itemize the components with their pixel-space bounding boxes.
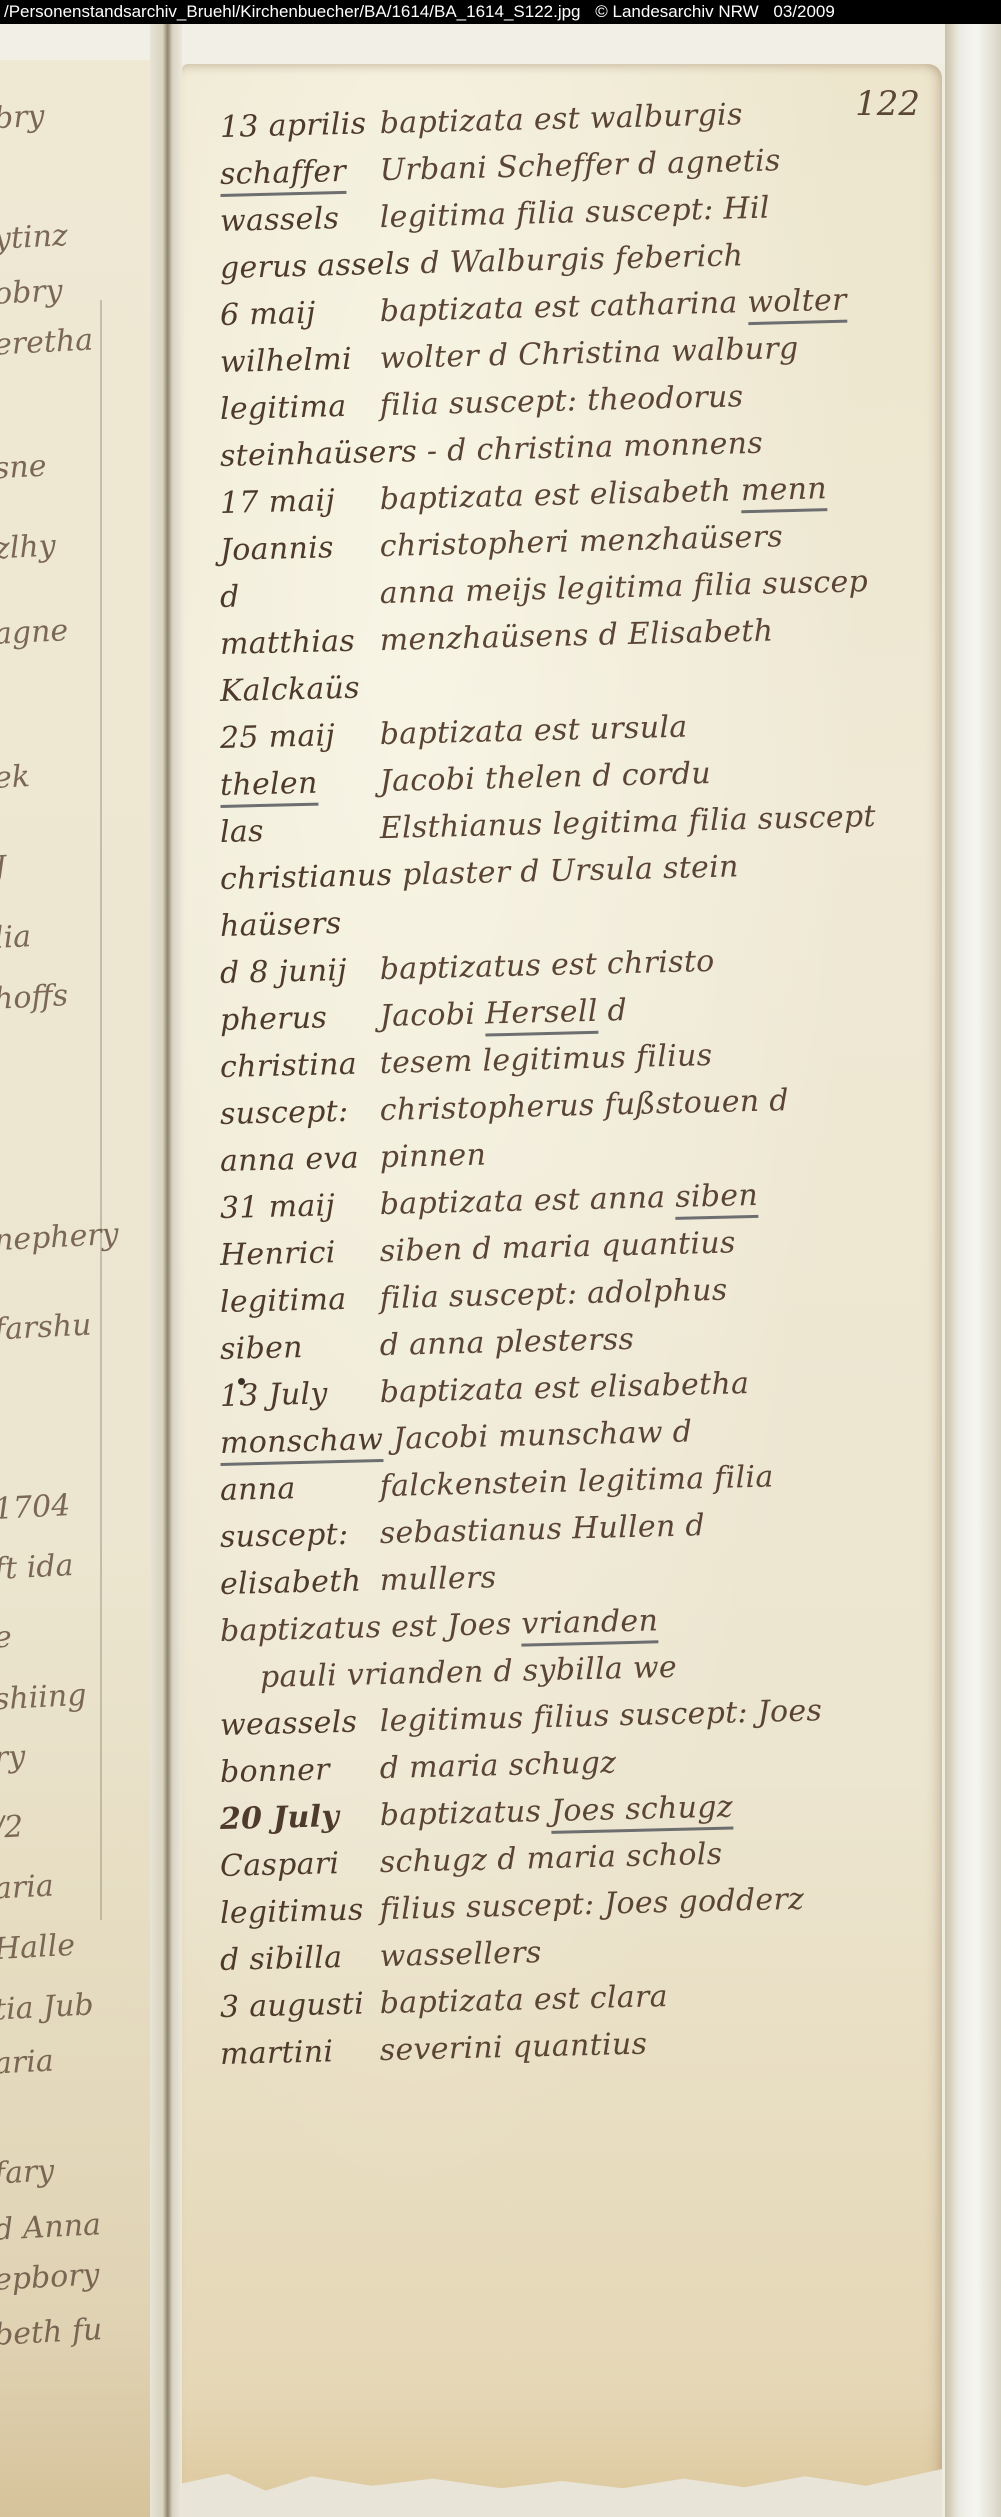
surname-underlined: menn (740, 471, 827, 513)
entry-text: baptizata est elisabetha (379, 1366, 749, 1410)
entry-text: legitimus filius suscept: Joes (379, 1693, 822, 1739)
margin-note: pherus (219, 993, 370, 1044)
facing-page-fragment: sne (0, 449, 47, 487)
ink-dot (238, 1378, 245, 1385)
margin-note: suscept: (219, 1087, 370, 1138)
entry-text: mullers (379, 1560, 496, 1598)
facing-page-fragment: eretha (0, 322, 94, 362)
facing-page-fragment: farshu (0, 1307, 92, 1347)
margin-note: wassels (219, 194, 370, 245)
facing-page-fragment: 1704 (0, 1488, 71, 1527)
entry-text: Jacobi munschaw d (393, 1414, 693, 1456)
surname-underlined: Joes schugz (551, 1789, 734, 1833)
entry-text: plaster d Ursula stein (402, 849, 739, 892)
margin-note: Henrici (219, 1228, 370, 1279)
entry-text: christopherus fußstouen d (379, 1083, 789, 1128)
entry-text: sebastianus Hullen d (379, 1508, 705, 1551)
margin-note: 20 July (219, 1792, 370, 1843)
margin-note: gerus assels (219, 240, 411, 292)
margin-note: monschaw (219, 1416, 383, 1467)
margin-note: d sibilla (219, 1933, 370, 1984)
facing-page-left: bryytinzobryerethasnezlhyagneekJliahoffs… (0, 60, 150, 2517)
facing-page-fragment: epbory (0, 2257, 100, 2297)
facing-page-fragment: aria (0, 1868, 55, 1906)
facing-page-fragment: ry (0, 1739, 26, 1776)
entry-text: baptizata est clara (379, 1979, 668, 2021)
facing-page-fragment: beth fu (0, 2312, 103, 2353)
entry-text: anna meijs legitima filia suscep (379, 564, 868, 611)
entry-text: baptizata est walburgis (379, 97, 743, 141)
entry-text: baptizatus (379, 1794, 541, 1833)
margin-note: 13 July (219, 1369, 370, 1420)
facing-page-fragment: shiing (0, 1678, 87, 1718)
margin-note: schaffer (219, 147, 370, 198)
margin-note: Joannis (219, 523, 370, 574)
margin-note: elisabeth (219, 1557, 370, 1608)
margin-note: steinhaüsers (219, 428, 417, 480)
facing-page-fragment: aria (0, 2043, 55, 2081)
archive-caption-bar: /Personenstandsarchiv_Bruehl/Kirchenbuec… (0, 0, 1001, 24)
entry-text: baptizatus est Joes (220, 1607, 512, 1649)
margin-note: haüsers (219, 899, 370, 950)
entry-text: baptizata est ursula (379, 710, 687, 753)
entry-text: baptizata est elisabeth (379, 474, 731, 518)
entry-text: schugz d maria schols (379, 1837, 722, 1880)
margin-note: christina (219, 1040, 370, 1091)
facing-page-fragment: /2 (0, 1809, 24, 1845)
entry-text: menzhaüsens d Elisabeth (379, 613, 773, 658)
facing-page-fragment: e (0, 1620, 13, 1656)
facing-page-fragment: obry (0, 273, 63, 312)
margin-note: thelen (219, 758, 370, 809)
margin-note: 25 maij (219, 711, 370, 762)
scan-date: 03/2009 (773, 2, 834, 21)
margin-note: martini (219, 2027, 370, 2078)
facing-page-fragment: d Anna (0, 2207, 102, 2248)
margin-note: las (219, 805, 370, 856)
page-crease (100, 300, 102, 1920)
margin-note: legitima (219, 1275, 370, 1326)
margin-note: legitimus (219, 1886, 370, 1937)
facing-page-fragment: J (0, 850, 7, 886)
entry-text: pinnen (379, 1138, 486, 1176)
entry-text: wassellers (379, 1935, 542, 1974)
facing-page-fragment: bry (0, 99, 45, 137)
margin-note: d 8 junij (219, 946, 370, 997)
facing-page-fragment: ytinz (0, 218, 69, 257)
mount-right (945, 24, 1001, 2517)
entry-text: wolter d Christina walburg (379, 331, 799, 376)
entry-text: legitima filia suscept: Hil (379, 191, 770, 236)
entry-text: filia suscept: adolphus (379, 1273, 728, 1316)
margin-note: suscept: (219, 1510, 370, 1561)
facing-page-fragment: zlhy (0, 528, 57, 566)
baptism-entries: 13 aprilis baptizata est walburgisschaff… (220, 104, 912, 2078)
document-scan: bryytinzobryerethasnezlhyagneekJliahoffs… (0, 24, 1001, 2517)
margin-note: Kalckaüs (219, 664, 370, 715)
margin-note: 13 aprilis (219, 100, 370, 151)
margin-note: 3 augusti (219, 1980, 370, 2031)
facing-page-fragment: ft ida (0, 1548, 74, 1587)
entry-text: baptizata est catharina (379, 285, 738, 329)
margin-note: 31 maij (219, 1181, 370, 1232)
book-gutter (150, 24, 182, 2517)
entry-text: baptizatus est christo (379, 944, 715, 987)
margin-note: siben (219, 1322, 370, 1373)
surname-underlined: siben (675, 1178, 759, 1220)
entry-text: tesem legitimus filius (379, 1038, 712, 1081)
entry-text: christopheri menzhaüsers (379, 519, 783, 564)
entry-text: filius suscept: Joes godderz (379, 1882, 804, 1927)
register-page: 122 13 aprilis baptizata est walburgissc… (182, 64, 942, 2517)
facing-page-fragment: fary (0, 2153, 55, 2191)
file-path: /Personenstandsarchiv_Bruehl/Kirchenbuec… (4, 2, 581, 21)
margin-note: matthias (219, 617, 370, 668)
copyright-notice: © Landesarchiv NRW (595, 2, 758, 21)
entry-text: filia suscept: theodorus (379, 379, 743, 423)
entry-text: Jacobi Hersell d (379, 993, 627, 1036)
margin-note: legitima (219, 382, 370, 433)
entry-text: pauli vrianden d sybilla we (260, 1650, 678, 1695)
margin-note: 6 maij (219, 288, 370, 339)
margin-note: anna eva (219, 1134, 370, 1185)
facing-page-fragment: hoffs (0, 978, 69, 1017)
margin-note: weassels (219, 1698, 370, 1749)
entry-text: - d christina monnens (426, 426, 763, 469)
entry-text: Elsthianus legitima filia suscept (379, 799, 876, 846)
entry-text: severini quantius (379, 2027, 647, 2069)
entry-text: d anna plesterss (379, 1322, 634, 1363)
entry-text: falckenstein legitima filia (379, 1459, 774, 1504)
margin-note: Caspari (219, 1839, 370, 1890)
facing-page-fragment: nephery (0, 1217, 119, 1258)
margin-note: anna (219, 1463, 370, 1514)
margin-note: 17 maij (219, 476, 370, 527)
surname-underlined: wolter (747, 283, 847, 325)
entry-text: baptizata est anna (379, 1180, 665, 1222)
entry-text: d Walburgis feberich (420, 238, 744, 281)
entry-text: siben d maria quantius (379, 1225, 736, 1269)
facing-page-fragment: lia (0, 919, 32, 956)
facing-page-fragment: agne (0, 613, 69, 652)
facing-page-fragment: tia Jub (0, 1987, 94, 2027)
margin-note: wilhelmi (219, 335, 370, 386)
entry-text: Urbani Scheffer d agnetis (379, 143, 781, 188)
entry-text: d maria schugz (379, 1745, 616, 1786)
margin-note: christianus (219, 852, 392, 903)
margin-note: bonner (219, 1745, 370, 1796)
margin-note: d (219, 570, 370, 621)
facing-page-fragment: ek (0, 759, 31, 796)
surname-underlined: vrianden (521, 1603, 659, 1646)
entry-text: Jacobi thelen d cordu (379, 756, 711, 799)
facing-page-fragment: Halle (0, 1928, 76, 1967)
